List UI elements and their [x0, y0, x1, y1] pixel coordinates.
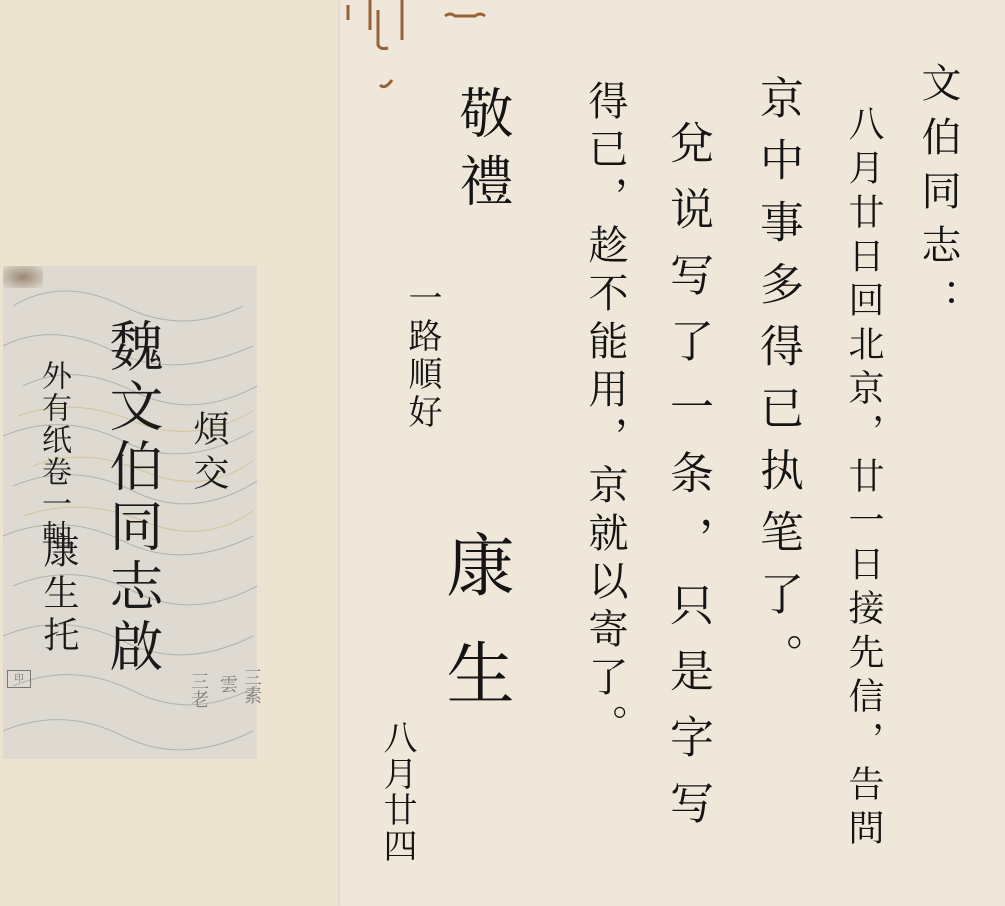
envelope-annotation: 雲 [214, 675, 240, 693]
envelope-sender: 康生托 [40, 532, 76, 658]
envelope-recipient: 魏文伯同志啟 [105, 318, 159, 678]
envelope-annotation: 三素 [238, 668, 264, 704]
letter-column-4: 兌说写了一条，只是字写 [665, 120, 709, 846]
stain-mark [3, 266, 43, 288]
envelope-annotation: 三老 [185, 672, 211, 708]
seal-stamp: 印 [7, 670, 31, 688]
letter-column-2: 八月廿日回北京，廿一日接先信，告問 [845, 105, 881, 853]
letter-signature: 康生 [440, 530, 508, 746]
letter-column-5: 得已，趁不能用，京就以寄了。 [585, 80, 625, 752]
letter-paper: 文伯同志： 八月廿日回北京，廿一日接先信，告問 京中事多得已执笔了。 兌说写了一… [340, 0, 1005, 906]
envelope-forward-note: 煩交 [190, 410, 226, 498]
envelope-enclosure-note: 外有纸卷一軸 [38, 360, 68, 552]
letter-column-1: 文伯同志： [918, 62, 958, 332]
letter-column-7: 一路順好 [405, 280, 439, 432]
letter-column-3: 京中事多得已执笔了。 [755, 75, 799, 695]
letter-column-6: 敬禮 [455, 85, 509, 221]
letter-date: 八月廿四 [380, 720, 414, 864]
